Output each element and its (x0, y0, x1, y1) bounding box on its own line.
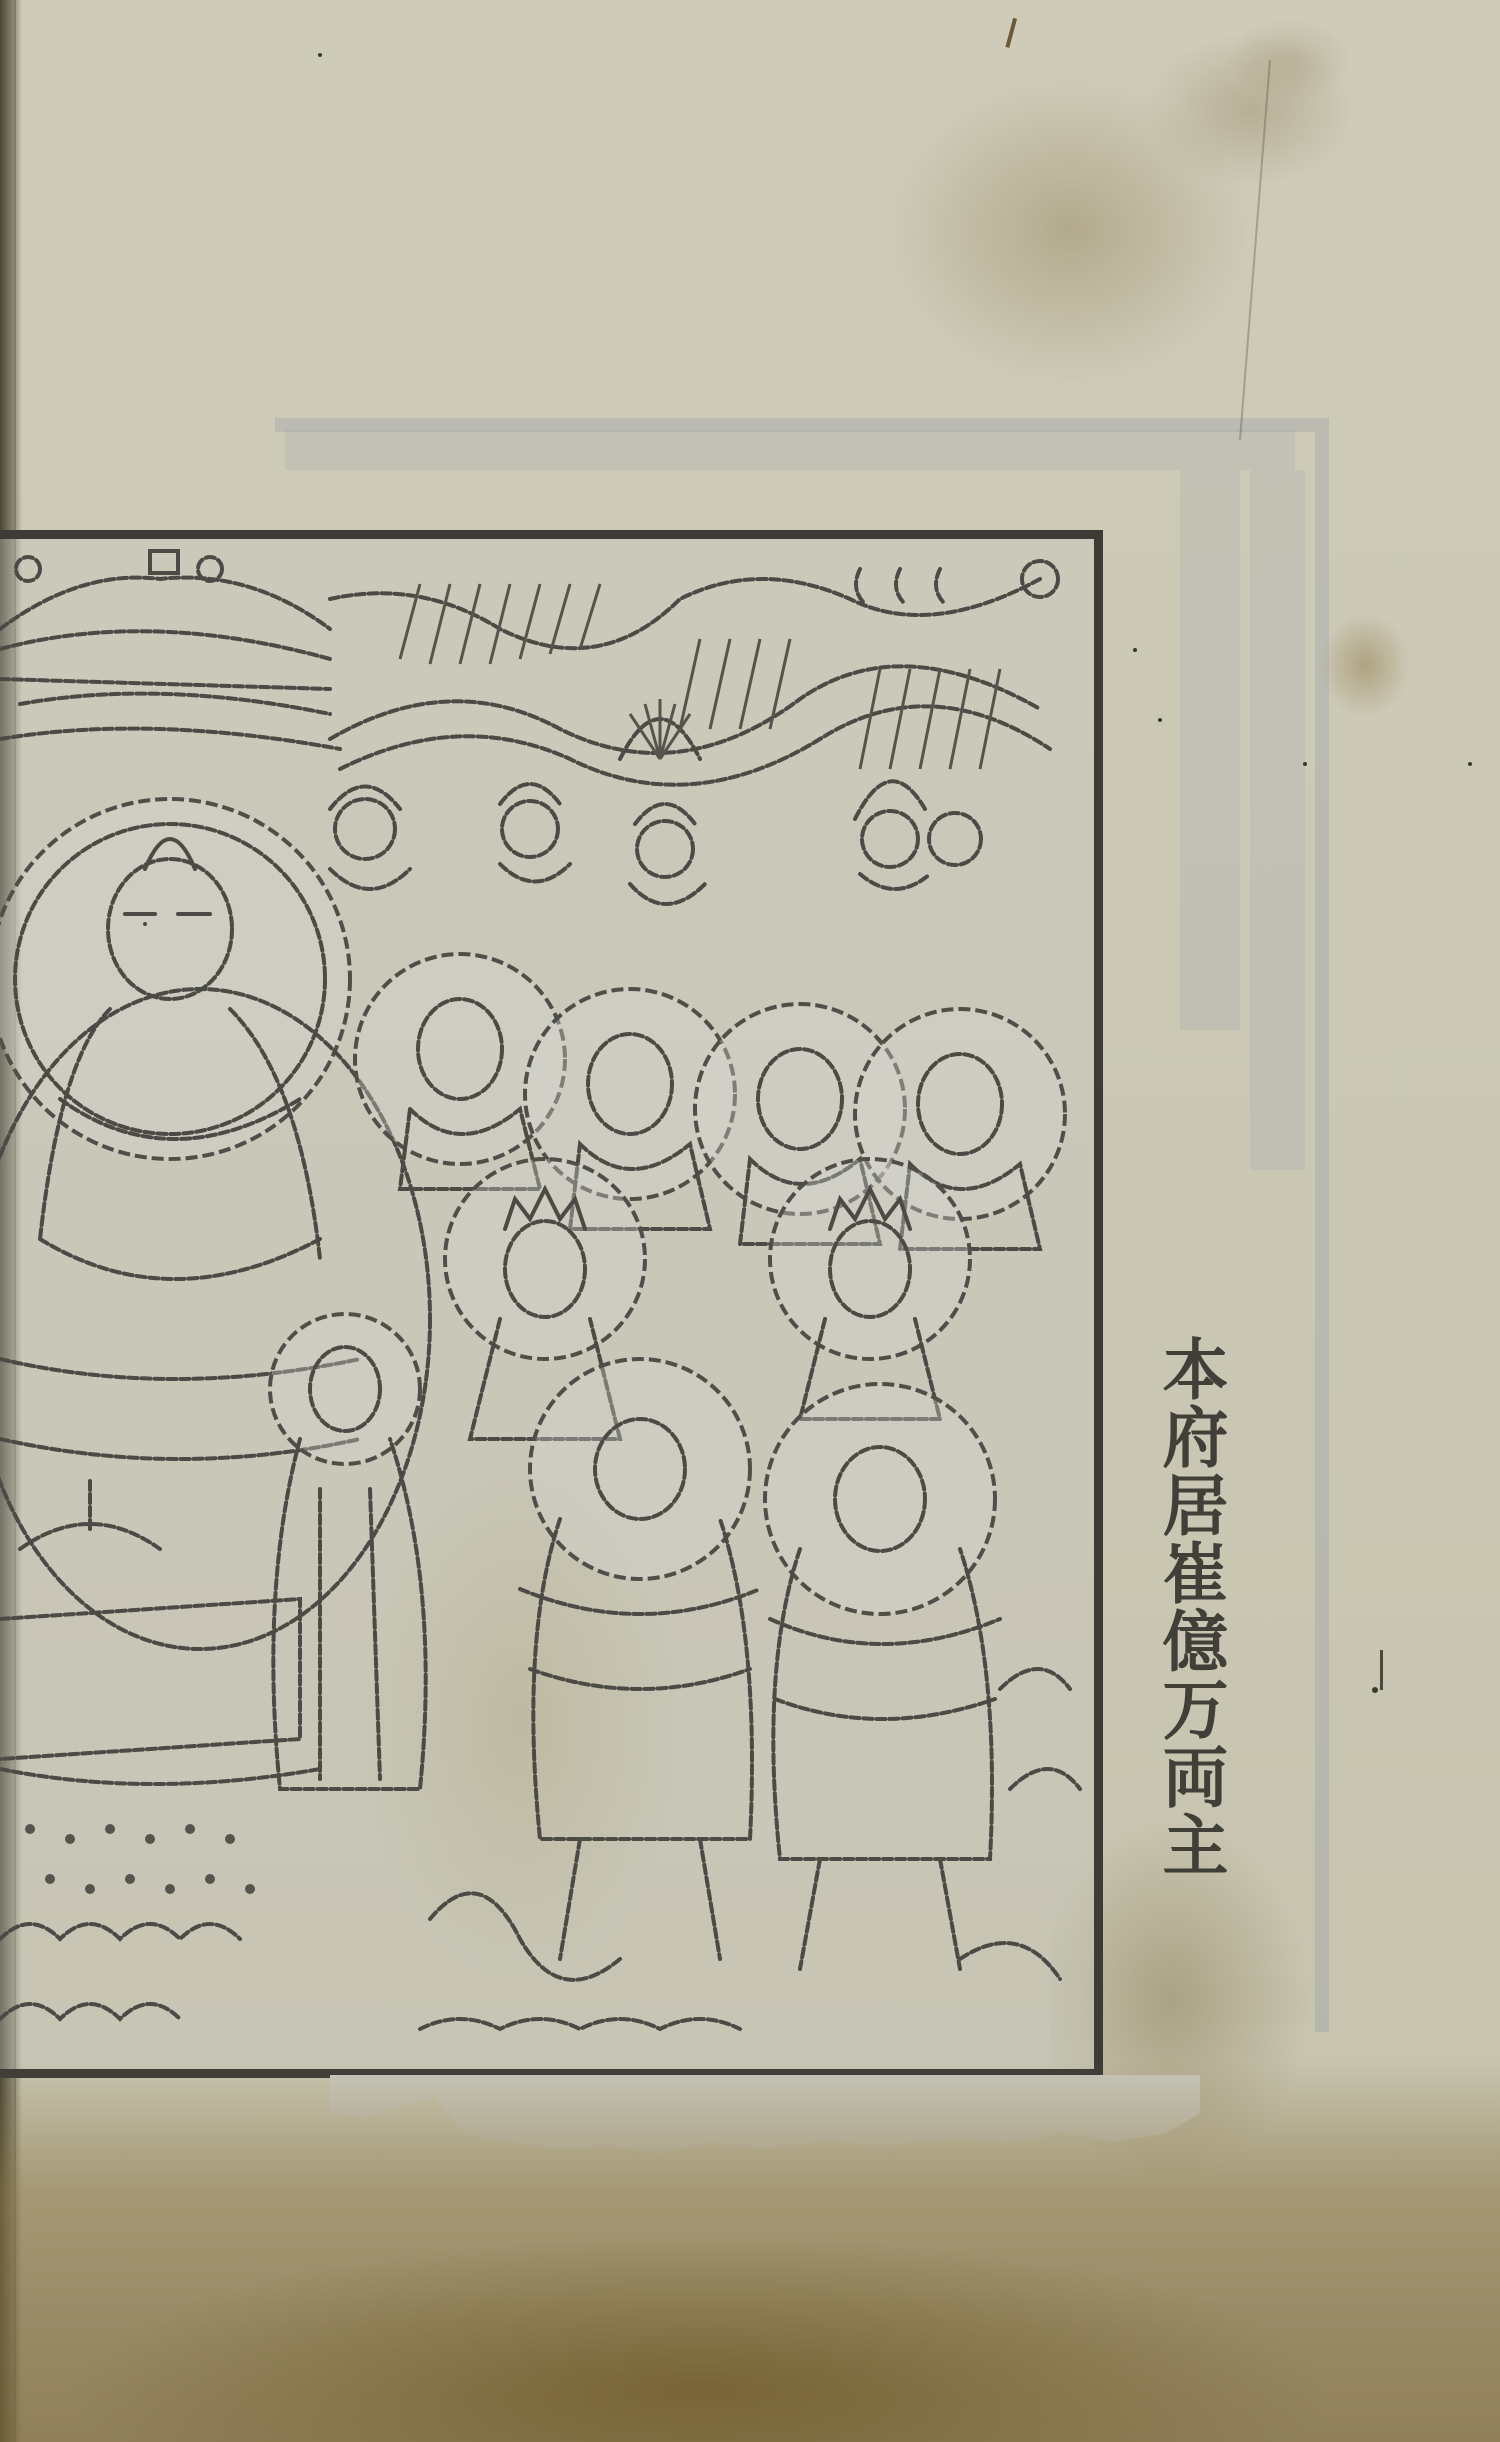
scanned-page: 本府居崔億万両主 (0, 0, 1500, 2442)
paper-specks (0, 0, 1500, 2442)
